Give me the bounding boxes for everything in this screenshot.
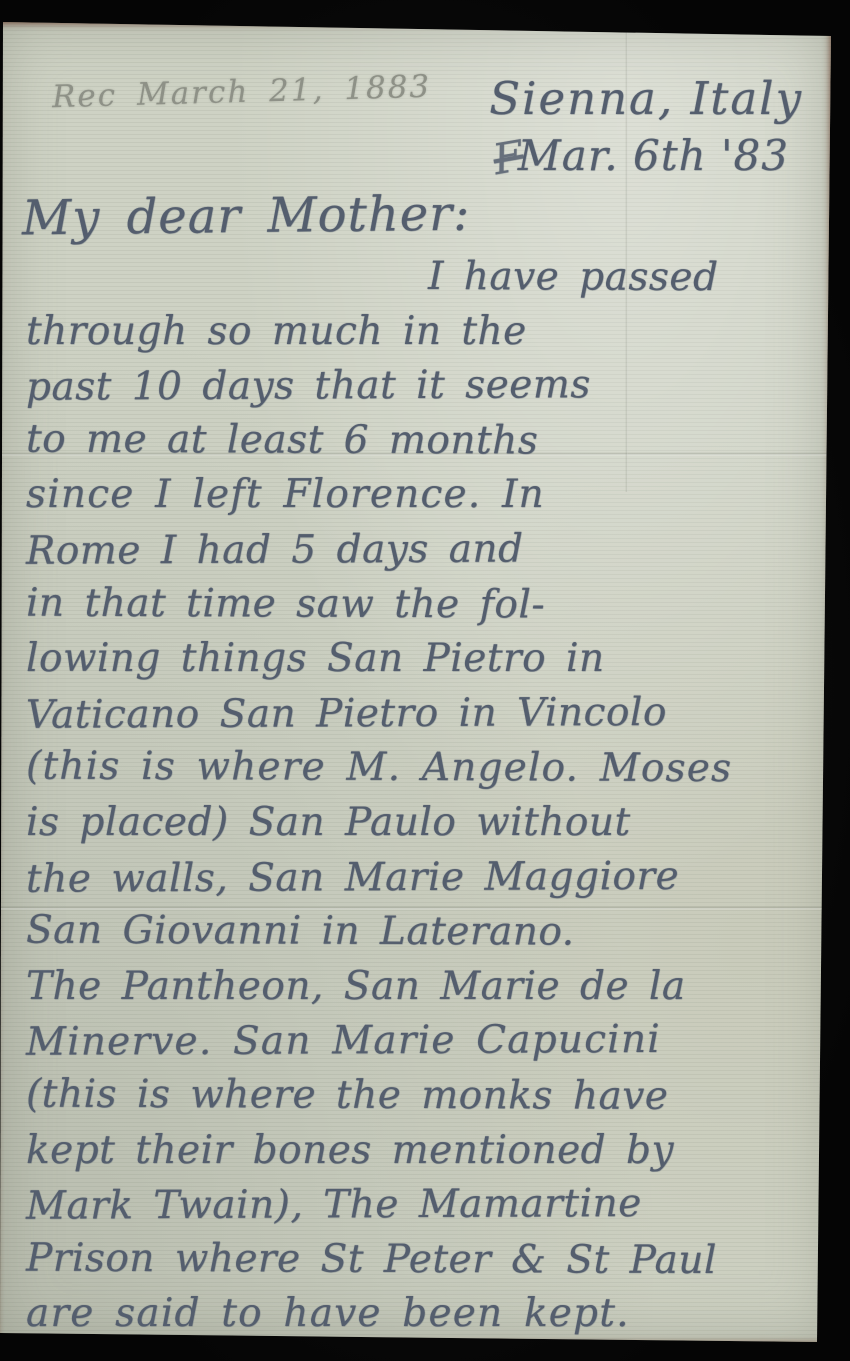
body-line-11: is placed) San Paulo without xyxy=(26,796,818,851)
heading-place: Sienna, Italy xyxy=(489,72,803,125)
body-line-4: to me at least 6 months xyxy=(26,412,818,469)
body-line-20: are said to have been kept. xyxy=(26,1287,818,1342)
date-text: Mar. 6th '83 xyxy=(518,131,789,180)
body-line-14: The Pantheon, San Marie de la xyxy=(26,960,818,1015)
body-line-18: Mark Twain), The Mamartine xyxy=(26,1176,818,1234)
letter-paper: Rec March 21, 1883 Sienna, Italy F Mar. … xyxy=(0,22,831,1342)
body-line-3: past 10 days that it seems xyxy=(26,357,818,415)
body-line-5: since I left Florence. In xyxy=(26,468,818,523)
salutation: My dear Mother: xyxy=(22,186,471,247)
body-line-6: Rome I had 5 days and xyxy=(26,521,818,579)
body-line-1: I have passed xyxy=(26,249,818,306)
body-line-9: Vaticano San Pietro in Vincolo xyxy=(26,685,818,743)
body-line-8: lowing things San Pietro in xyxy=(26,632,818,687)
letter-body: I have passed through so much in the pas… xyxy=(26,250,818,1342)
body-line-10: (this is where M. Angelo. Moses xyxy=(26,740,818,797)
body-line-19: Prison where St Peter & St Paul xyxy=(26,1231,818,1288)
body-line-7: in that time saw the fol- xyxy=(26,576,818,633)
body-line-17: kept their bones mentioned by xyxy=(26,1124,818,1179)
body-line-16: (this is where the monks have xyxy=(26,1068,818,1125)
body-line-12: the walls, San Marie Maggiore xyxy=(26,849,818,907)
body-line-2: through so much in the xyxy=(26,305,818,360)
pencil-received-annotation: Rec March 21, 1883 xyxy=(52,69,432,116)
heading-date: F Mar. 6th '83 xyxy=(489,131,789,180)
scanned-letter-page: Rec March 21, 1883 Sienna, Italy F Mar. … xyxy=(0,0,850,1361)
body-line-13: San Giovanni in Laterano. xyxy=(26,904,818,961)
letter-heading: Sienna, Italy F Mar. 6th '83 xyxy=(489,72,803,180)
body-line-15: Minerve. San Marie Capucini xyxy=(26,1013,818,1071)
